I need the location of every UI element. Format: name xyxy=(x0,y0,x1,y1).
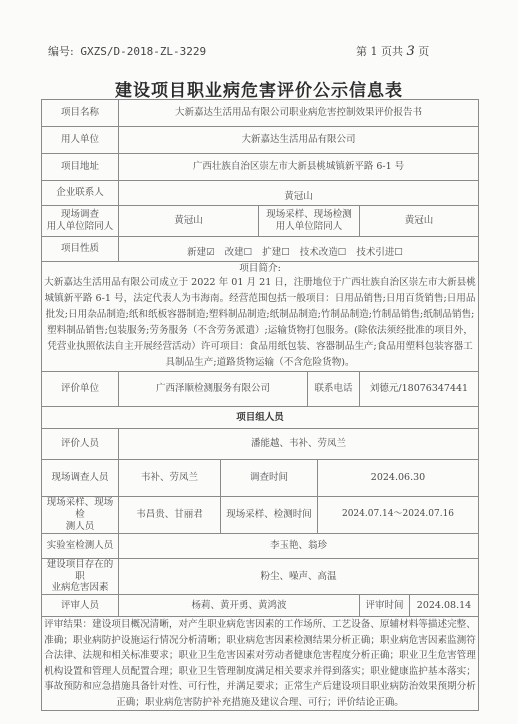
label-survey-time: 调查时间 xyxy=(221,460,318,497)
label-hazards-line1: 建设项目存在的职 xyxy=(44,559,116,583)
label-samplers-line1: 现场采样、现场检 xyxy=(44,497,116,521)
label-sampling-escort-line1: 现场采样、现场检测 xyxy=(261,209,357,221)
row-contact: 企业联系人 黄冠山 xyxy=(42,181,479,206)
label-employer: 用人单位 xyxy=(42,127,119,154)
value-evaluators: 潘能越、韦补、劳凤兰 xyxy=(119,429,479,460)
value-employer: 大新嘉达生活用品有限公司 xyxy=(119,127,479,154)
row-samplers: 现场采样、现场检 测人员 韦昌贵、甘丽君 现场采样、检测时间 2024.07.1… xyxy=(42,497,479,534)
label-evaluator-unit: 评价单位 xyxy=(42,372,119,407)
value-contact: 黄冠山 xyxy=(119,181,479,206)
value-project-name: 大新嘉达生活用品有限公司职业病危害控制效果评价报告书 xyxy=(119,100,479,127)
label-survey-escort: 现场调查 用人单位陪同人 xyxy=(42,206,119,237)
value-lab: 李玉艳、翁珍 xyxy=(119,533,479,558)
value-address: 广西壮族自治区崇左市大新县桃城镇新平路 6-1 号 xyxy=(119,154,479,181)
row-escorts: 现场调查 用人单位陪同人 黄冠山 现场采样、现场检测 用人单位陪同人 黄冠山 xyxy=(42,206,479,237)
page-indicator: 第 1 页共 3 页 xyxy=(356,43,429,59)
intro-text: 大新嘉达生活用品有限公司成立于 2022 年 01 月 21 日，注册地位于广西… xyxy=(44,275,476,371)
row-hazards: 建设项目存在的职 业病危害因素 粉尘、噪声、高温 xyxy=(42,558,479,595)
label-survey-escort-line2: 用人单位陪同人 xyxy=(44,221,116,233)
value-sampling-escort: 黄冠山 xyxy=(360,206,479,237)
label-hazards: 建设项目存在的职 业病危害因素 xyxy=(42,558,119,595)
checkbox-tech-upgrade[interactable]: 技术改造☐ xyxy=(300,247,347,259)
label-evaluators: 评价人员 xyxy=(42,429,119,460)
document-number: 编号: GXZS/D-2018-ZL-3229 xyxy=(48,43,206,59)
checkbox-rebuild[interactable]: 改建☐ xyxy=(225,247,253,259)
row-intro: 项目简介: 大新嘉达生活用品有限公司成立于 2022 年 01 月 21 日，注… xyxy=(42,262,479,372)
project-intro: 项目简介: 大新嘉达生活用品有限公司成立于 2022 年 01 月 21 日，注… xyxy=(42,262,479,372)
label-sampling-escort: 现场采样、现场检测 用人单位陪同人 xyxy=(259,206,360,237)
checkbox-tech-import[interactable]: 技术引进☐ xyxy=(356,247,403,259)
checkbox-expansion[interactable]: 扩建☐ xyxy=(262,247,290,259)
value-survey-escort: 黄冠山 xyxy=(119,206,259,237)
value-hazards: 粉尘、噪声、高温 xyxy=(119,558,479,595)
label-survey-escort-line1: 现场调查 xyxy=(44,209,116,221)
label-sampling-escort-line2: 用人单位陪同人 xyxy=(261,221,357,233)
review-result: 评审结果：建设项目概况清晰，对产生职业病危害因素的工作场所、工艺设备、原辅材料等… xyxy=(42,617,479,711)
page-prefix: 第 xyxy=(356,45,367,58)
label-phone: 联系电话 xyxy=(308,372,360,407)
document-number-value: GXZS/D-2018-ZL-3229 xyxy=(80,45,206,58)
page-current: 1 xyxy=(371,45,378,58)
page-title: 建设项目职业病危害评价公示信息表 xyxy=(0,76,518,101)
label-hazards-line2: 业病危害因素 xyxy=(44,582,116,594)
info-table: 项目名称 大新嘉达生活用品有限公司职业病危害控制效果评价报告书 用人单位 大新嘉… xyxy=(41,99,479,711)
value-evaluator-unit: 广西泽顺检测服务有限公司 xyxy=(119,372,308,407)
value-phone: 刘德元/18076347441 xyxy=(360,372,479,407)
value-samplers: 韦昌贵、甘丽君 xyxy=(119,497,221,534)
value-sampling-time: 2024.07.14～2024.07.16 xyxy=(318,497,479,534)
page-total-handwritten: 3 xyxy=(407,44,415,59)
document-number-label: 编号: xyxy=(48,45,74,58)
row-result: 评审结果：建设项目概况清晰，对产生职业病危害因素的工作场所、工艺设备、原辅材料等… xyxy=(42,617,479,711)
label-review-time: 评审时间 xyxy=(360,595,410,617)
label-surveyors: 现场调查人员 xyxy=(42,460,119,497)
page-suffix: 页 xyxy=(418,45,429,58)
label-lab: 实验室检测人员 xyxy=(42,533,119,558)
row-employer: 用人单位 大新嘉达生活用品有限公司 xyxy=(42,127,479,154)
team-section-heading: 项目组人员 xyxy=(42,407,479,429)
row-surveyors: 现场调查人员 韦补、劳凤兰 调查时间 2024.06.30 xyxy=(42,460,479,497)
intro-label: 项目简介: xyxy=(44,262,476,275)
label-sampling-time: 现场采样、检测时间 xyxy=(221,497,318,534)
label-reviewers: 评审人员 xyxy=(42,595,119,617)
checkbox-new-build[interactable]: 新建☑ xyxy=(187,247,215,259)
row-reviewers: 评审人员 杨莉、黄开勇、黄鸿波 评审时间 2024.08.14 xyxy=(42,595,479,617)
label-nature: 项目性质 xyxy=(42,237,119,262)
label-samplers-line2: 测人员 xyxy=(44,521,116,533)
value-reviewers: 杨莉、黄开勇、黄鸿波 xyxy=(119,595,360,617)
label-address: 项目地址 xyxy=(42,154,119,181)
row-project-name: 项目名称 大新嘉达生活用品有限公司职业病危害控制效果评价报告书 xyxy=(42,100,479,127)
value-survey-time: 2024.06.30 xyxy=(318,460,479,497)
nature-options: 新建☑ 改建☐ 扩建☐ 技术改造☐ 技术引进☐ xyxy=(119,237,479,262)
label-contact: 企业联系人 xyxy=(42,181,119,206)
row-address: 项目地址 广西壮族自治区崇左市大新县桃城镇新平路 6-1 号 xyxy=(42,154,479,181)
label-samplers: 现场采样、现场检 测人员 xyxy=(42,497,119,534)
row-evaluator: 评价单位 广西泽顺检测服务有限公司 联系电话 刘德元/18076347441 xyxy=(42,372,479,407)
row-lab: 实验室检测人员 李玉艳、翁珍 xyxy=(42,533,479,558)
value-surveyors: 韦补、劳凤兰 xyxy=(119,460,221,497)
value-review-time: 2024.08.14 xyxy=(410,595,479,617)
row-nature: 项目性质 新建☑ 改建☐ 扩建☐ 技术改造☐ 技术引进☐ xyxy=(42,237,479,262)
row-evaluators: 评价人员 潘能越、韦补、劳凤兰 xyxy=(42,429,479,460)
row-team-section: 项目组人员 xyxy=(42,407,479,429)
label-project-name: 项目名称 xyxy=(42,100,119,127)
page-mid: 页共 xyxy=(381,45,403,58)
